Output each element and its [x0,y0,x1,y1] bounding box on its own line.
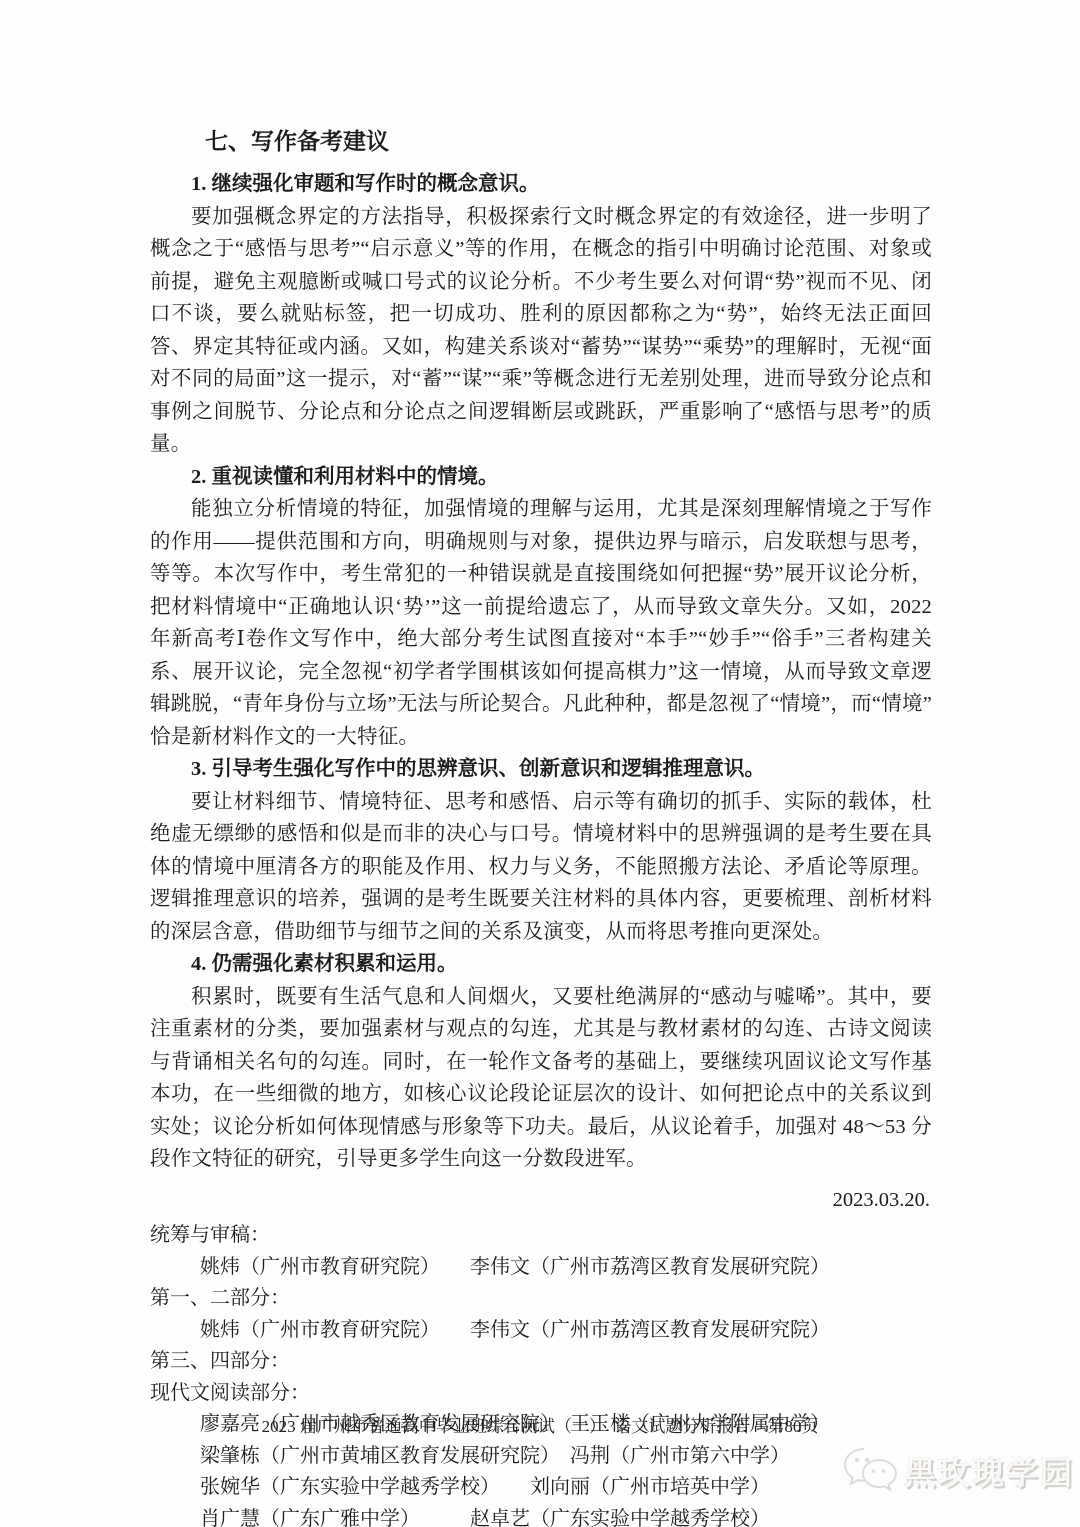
credit-names: 姚炜（广州市教育研究院） 李伟文（广州市荔湾区教育发展研究院） [150,1252,932,1284]
credit-names: 张婉华（广东实验中学越秀学校） 刘向丽（广州市培英中学） [150,1472,932,1504]
credit-names: 肖广慧（广东广雅中学） 赵卓艺（广东实验中学越秀学校） [150,1504,932,1527]
credit-label: 现代文阅读部分： [150,1378,932,1410]
watermark: 黑玫瑰学园 [842,1446,1074,1496]
paragraph-3: 要让材料细节、情境特征、思考和感悟、启示等有确切的抓手、实际的载体，杜绝虚无缥缈… [150,786,932,949]
heading-4: 4. 仍需强化素材积累和运用。 [150,948,932,981]
page-footer: 2023 届广州市普通高中毕业班综合测试（一） 语文试题分析报告 第80页 [0,1412,1080,1437]
credit-names: 姚炜（广州市教育研究院） 李伟文（广州市荔湾区教育发展研究院） [150,1315,932,1347]
date: 2023.03.20. [150,1184,932,1217]
heading-2: 2. 重视读懂和利用材料中的情境。 [150,461,932,494]
section-title: 七、写作备考建议 [205,126,932,158]
heading-1: 1. 继续强化审题和写作时的概念意识。 [150,168,932,201]
credit-label: 第三、四部分： [150,1346,932,1378]
watermark-text: 黑玫瑰学园 [904,1448,1074,1494]
paragraph-2: 能独立分析情境的特征，加强情境的理解与运用，尤其是深刻理解情境之于写作的作用——… [150,493,932,753]
document-content: 七、写作备考建议 1. 继续强化审题和写作时的概念意识。 要加强概念界定的方法指… [150,126,932,1527]
paragraph-4: 积累时，既要有生活气息和人间烟火，又要杜绝满屏的“感动与嘘唏”。其中，要注重素材… [150,981,932,1176]
credit-label: 第一、二部分： [150,1283,932,1315]
document-page: 七、写作备考建议 1. 继续强化审题和写作时的概念意识。 要加强概念界定的方法指… [0,0,1080,1527]
wechat-icon [842,1446,900,1496]
credits-block: 统筹与审稿： 姚炜（广州市教育研究院） 李伟文（广州市荔湾区教育发展研究院） 第… [150,1220,932,1527]
paragraph-1: 要加强概念界定的方法指导，积极探索行文时概念界定的有效途径，进一步明了概念之于“… [150,201,932,461]
heading-3: 3. 引导考生强化写作中的思辨意识、创新意识和逻辑推理意识。 [150,753,932,786]
credit-names: 梁肇栋（广州市黄埔区教育发展研究院） 冯荆（广州市第六中学） [150,1441,932,1473]
credit-label: 统筹与审稿： [150,1220,932,1252]
